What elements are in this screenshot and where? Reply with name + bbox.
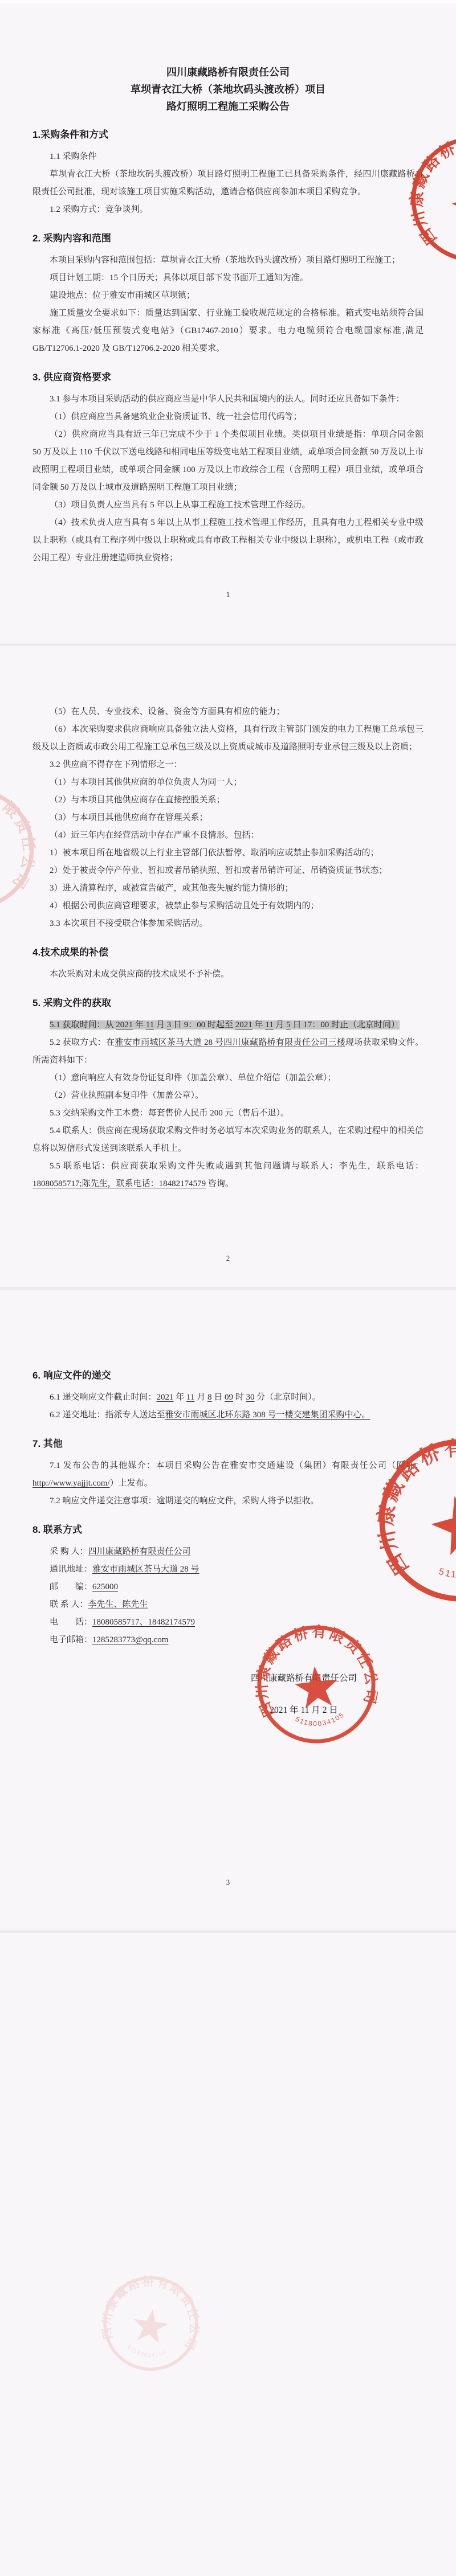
text-run: 3）进入清算程序，或被宣告破产，或其他丧失履约能力情形的； — [50, 884, 294, 893]
paragraph: 2）处于被责令停产停业、暂扣或者吊销执照、暂扣或者吊销许可证、吊销资质证书状态； — [32, 862, 424, 880]
page-2: （5）在人员、专业技术、设备、资金等方面具有相应的能力；（6）本次采购要求供应商… — [0, 646, 456, 1287]
paragraph: 3.1 参与本项目采购活动的供应商应当是中华人民共和国境内的法人。同时还应具备如… — [32, 391, 424, 408]
text-run: （2）供应商应当具有近三年已完成不少于 1 个类似项目业绩。类似项目业绩是指：单… — [32, 430, 424, 492]
text-run: 2021 — [116, 1020, 133, 1029]
text-run: 09 — [225, 1393, 233, 1402]
text-run: 11 — [186, 1393, 194, 1402]
text-run: 3.1 参与本项目采购活动的供应商应当是中华人民共和国境内的法人。同时还应具备如… — [50, 395, 405, 404]
paragraph: （3）项目负责人应当具有 5 年以上从事工程施工技术管理工作经历。 — [32, 497, 424, 514]
text-run: 2）处于被责令停产停业、暂扣或者吊销执照、暂扣或者吊销许可证、吊销资质证书状态； — [50, 866, 388, 875]
paragraph: （2）营业执照副本复印件（加盖公章）。 — [32, 1087, 424, 1105]
paragraph: 1）被本项目所在地省级以上行业主管部门依法暂停、取消响应或禁止参加采购活动的； — [32, 844, 424, 862]
text-run: 电子邮箱： — [50, 1635, 92, 1644]
signature-date: 2021 年 11 月 2 日 — [218, 1703, 389, 1716]
text-run: 5.2 获取方式：在 — [50, 1038, 115, 1047]
page-4 — [0, 1933, 456, 2576]
text-run: 6.2 递交地址：指派专人送达至 — [50, 1410, 165, 1420]
text-run: 1.1 采购条件 — [50, 152, 97, 161]
text-run: 4.技术成果的补偿 — [32, 947, 108, 958]
text-run: 3.3 本次项目不接受联合体参加采购活动。 — [50, 919, 208, 928]
text-run: 625000 — [92, 1582, 118, 1591]
text-run: 日 17：00 时止（北京时间） — [291, 1020, 400, 1029]
paragraph: （5）在人员、专业技术、设备、资金等方面具有相应的能力； — [32, 703, 424, 721]
text-run: 6. 响应文件的递交 — [32, 1370, 111, 1381]
text-run: 时 — [233, 1393, 246, 1402]
paragraph: 本次采购对未成交供应商的技术成果不予补偿。 — [32, 966, 424, 983]
text-run: 5. 采购文件的获取 — [32, 998, 111, 1008]
text-run: 5.1 获取时间：从 — [50, 1020, 116, 1029]
doc-title-line: 四川康藏路桥有限责任公司 — [32, 64, 424, 81]
paragraph: 4）根据公司供应商管理要求，被禁止参与采购活动且处于有效期内的； — [32, 897, 424, 915]
text-run: 邮 编： — [50, 1582, 92, 1591]
text-run: 日 9：00 时起至 — [171, 1020, 235, 1029]
paragraph: 7.1 发布公告的其他媒介：本项目采购公告在雅安市交通建设（集团）有限责任公司（… — [32, 1457, 424, 1492]
text-run: 7.1 发布公告的其他媒介：本项目采购公告在雅安市交通建设（集团）有限责任公司（… — [50, 1461, 424, 1470]
paragraph: 6.2 递交地址：指派专人送达至雅安市雨城区北环东路 308 号一楼交建集团采购… — [32, 1406, 424, 1424]
text-run: （1）意向响应人有效身份证复印件（加盖公章）、单位介绍信（加盖公章）； — [50, 1073, 336, 1082]
text-run: （2）营业执照副本复印件（加盖公章）。 — [50, 1091, 203, 1100]
document-scan: 四川康藏路桥有限责任公司草坝青衣江大桥（茶地坎码头渡改桥）项目路灯照明工程施工采… — [0, 0, 456, 2576]
company-seal-stamp-bleed — [95, 2267, 207, 2380]
text-run: 雅安市雨城区北环东路 308 号一楼交建集团采购中心。 — [165, 1410, 370, 1420]
text-run: （3）项目负责人应当具有 5 年以上从事工程施工技术管理工作经历。 — [50, 501, 311, 510]
text-run: 18080585717、18482174579 — [92, 1618, 195, 1627]
section-heading: 5. 采购文件的获取 — [32, 995, 424, 1012]
text-run: 11 — [146, 1020, 154, 1029]
text-run: 四川康藏路桥有限责任公司 — [88, 1547, 191, 1556]
text-run: 8 — [207, 1393, 212, 1402]
text-run: 建设地点：位于雅安市雨城区草坝镇； — [50, 291, 195, 300]
text-run: （4）近三年内在经营活动中存在严重不良情形。包括： — [50, 831, 259, 840]
paragraph: （3）与本项目其他供应商存在管理关系； — [32, 809, 424, 827]
page-1: 四川康藏路桥有限责任公司草坝青衣江大桥（茶地坎码头渡改桥）项目路灯照明工程施工采… — [0, 0, 456, 643]
text-run: 路灯照明工程施工采购公告 — [166, 101, 290, 112]
text-run: 1.采购条件和方式 — [32, 129, 108, 140]
paragraph: 通讯地址：雅安市雨城区茶马大道 28 号 — [32, 1561, 424, 1578]
paragraph: 1.1 采购条件 — [32, 148, 424, 166]
doc-title-line: 路灯照明工程施工采购公告 — [32, 98, 424, 115]
text-run: 分（北京时间）。 — [255, 1393, 321, 1402]
paragraph: 6.1 递交响应文件截止时间：2021 年 11 月 8 日 09 时 30 分… — [32, 1389, 424, 1406]
text-run: （4）技术负责人应当具有 5 年以上从事工程施工技术管理工作经历，且具有电力工程… — [32, 518, 424, 563]
page-3-content: 6. 响应文件的递交6.1 递交响应文件截止时间：2021 年 11 月 8 日… — [0, 1290, 456, 1649]
text-run: 日 — [212, 1393, 225, 1402]
text-run: 1.2 采购方式：竞争谈判。 — [50, 205, 148, 214]
page-number: 2 — [0, 1254, 456, 1263]
text-run: 年 — [133, 1020, 146, 1029]
text-run: 6.1 递交响应文件截止时间： — [50, 1393, 157, 1402]
text-run: 11 — [265, 1020, 273, 1029]
section-heading: 3. 供应商资格要求 — [32, 369, 424, 386]
paragraph: 邮 编：625000 — [32, 1578, 424, 1596]
paragraph: 5.3 交纳采购文件工本费：每套售价人民币 200 元（售后不退）。 — [32, 1105, 424, 1122]
text-run: 5 — [286, 1020, 291, 1029]
text-run: 2. 采购内容和范围 — [32, 233, 111, 244]
text-run: ）上发布。 — [110, 1479, 153, 1488]
paragraph: 3.3 本次项目不接受联合体参加采购活动。 — [32, 915, 424, 933]
text-run: 4）根据公司供应商管理要求，被禁止参与采购活动且处于有效期内的； — [50, 901, 319, 910]
paragraph: （1）供应商应当具备建筑业企业资质证书、统一社会信用代码等； — [32, 408, 424, 426]
text-run: 联 系 人： — [50, 1600, 88, 1609]
paragraph: 本项目采购内容和范围包括：草坝青衣江大桥（茶地坎码头渡改桥）项目路灯照明工程施工… — [32, 252, 424, 269]
section-heading: 7. 其他 — [32, 1435, 424, 1453]
text-run: 本次采购对未成交供应商的技术成果不予补偿。 — [50, 970, 229, 979]
text-run: 30 — [246, 1393, 255, 1402]
section-heading: 6. 响应文件的递交 — [32, 1367, 424, 1384]
text-run: （5）在人员、专业技术、设备、资金等方面具有相应的能力； — [50, 707, 285, 716]
text-run: 月 — [194, 1393, 207, 1402]
text-run: 咨询。 — [206, 1179, 234, 1188]
page-1-content: 四川康藏路桥有限责任公司草坝青衣江大桥（茶地坎码头渡改桥）项目路灯照明工程施工采… — [0, 0, 456, 567]
text-run: 通讯地址： — [50, 1565, 92, 1574]
paragraph: 5.5 联系电话：供应商获取采购文件失败或遇到其他问题请与联系人：李先生，联系电… — [32, 1158, 424, 1193]
text-run: 年 — [253, 1020, 266, 1029]
text-run: （2）与本项目其他供应商存在直接控股关系； — [50, 795, 225, 805]
text-run: 8. 联系方式 — [32, 1524, 82, 1535]
section-heading: 8. 联系方式 — [32, 1521, 424, 1539]
text-run: 1）被本项目所在地省级以上行业主管部门依法暂停、取消响应或禁止参加采购活动的； — [50, 848, 379, 858]
text-run: 草坝青衣江大桥（茶地坎码头渡改桥）项目 — [131, 84, 325, 95]
text-run: 月 — [274, 1020, 287, 1029]
page-number: 3 — [0, 1878, 456, 1887]
text-run: 5.3 交纳采购文件工本费：每套售价人民币 200 元（售后不退）。 — [50, 1109, 289, 1118]
paragraph: 5.1 获取时间：从 2021 年 11 月 3 日 9：00 时起至 2021… — [32, 1016, 424, 1034]
section-heading: 4.技术成果的补偿 — [32, 944, 424, 961]
paragraph: 项目计划工期：15 个日历天；具体以项目部下发书面开工通知为准。 — [32, 269, 424, 287]
text-run: 月 — [154, 1020, 167, 1029]
paragraph: 7.2 响应文件递交注意事项：逾期递交的响应文件，采购人将予以拒收。 — [32, 1492, 424, 1510]
text-run: 18080585717;陈先生，联系电话：18482174579 — [32, 1179, 206, 1188]
text-run: 7.2 响应文件递交注意事项：逾期递交的响应文件，采购人将予以拒收。 — [50, 1496, 319, 1506]
paragraph: 5.4 联系人：供应商在现场获取采购文件时务必填写本次采购业务的联系人，在采购过… — [32, 1122, 424, 1158]
text-run: 李先生、陈先生 — [88, 1600, 148, 1609]
text-run: （6）本次采购要求供应商响应具备独立法人资格，具有行政主管部门颁发的电力工程施工… — [32, 725, 424, 752]
text-run: 项目计划工期：15 个日历天；具体以项目部下发书面开工通知为准。 — [50, 273, 308, 282]
paragraph: 3）进入清算程序，或被宣告破产，或其他丧失履约能力情形的； — [32, 880, 424, 897]
paragraph: 3.2 供应商不得存在下列情形之一： — [32, 756, 424, 774]
text-run: 年 — [174, 1393, 187, 1402]
text-run: 3. 供应商资格要求 — [32, 372, 111, 383]
paragraph: 联 系 人：李先生、陈先生 — [32, 1596, 424, 1614]
text-run: 1285283773@qq.com — [92, 1635, 168, 1644]
text-run: （3）与本项目其他供应商存在管理关系； — [50, 813, 208, 822]
page-number: 1 — [0, 590, 456, 599]
text-run: 雅安市雨城区茶马大道 28 号 — [92, 1565, 199, 1574]
text-run: 5.5 联系电话：供应商获取采购文件失败或遇到其他问题请与联系人：李先生，联系电… — [50, 1162, 424, 1171]
signature-block: 四川康藏路桥有限责任公司 2021 年 11 月 2 日 — [218, 1671, 389, 1716]
paragraph: 5.2 获取方式：在雅安市雨城区茶马大道 28 号四川康藏路桥有限责任公司三楼现… — [32, 1034, 424, 1069]
paragraph: （6）本次采购要求供应商响应具备独立法人资格，具有行政主管部门颁发的电力工程施工… — [32, 721, 424, 756]
text-run: 本项目采购内容和范围包括：草坝青衣江大桥（茶地坎码头渡改桥）项目路灯照明工程施工… — [50, 256, 400, 265]
text-run: （1）供应商应当具备建筑业企业资质证书、统一社会信用代码等； — [50, 412, 302, 421]
text-run: 3.2 供应商不得存在下列情形之一： — [50, 760, 182, 769]
section-heading: 2. 采购内容和范围 — [32, 230, 424, 247]
paragraph: （4）技术负责人应当具有 5 年以上从事工程施工技术管理工作经历，且具有电力工程… — [32, 514, 424, 567]
text-run: 施工质量安全要求如下：质量达到国家、行业施工验收规范规定的合格标准。箱式变电站须… — [32, 309, 424, 353]
text-run: 草坝青衣江大桥（茶地坎码头渡改桥）项目路灯照明工程施工已具备采购条件，经四川康藏… — [32, 170, 424, 196]
paragraph: （1）意向响应人有效身份证复印件（加盖公章）、单位介绍信（加盖公章）； — [32, 1069, 424, 1087]
section-heading: 1.采购条件和方式 — [32, 126, 424, 143]
text-run: 2021 — [235, 1020, 253, 1029]
paragraph: （2）与本项目其他供应商存在直接控股关系； — [32, 791, 424, 809]
paragraph: （1）与本项目其他供应商的单位负责人为同一人； — [32, 774, 424, 791]
text-run: 5.4 联系人：供应商在现场获取采购文件时务必填写本次采购业务的联系人，在采购过… — [32, 1126, 424, 1153]
doc-title-line: 草坝青衣江大桥（茶地坎码头渡改桥）项目 — [32, 81, 424, 98]
page-3: 6. 响应文件的递交6.1 递交响应文件截止时间：2021 年 11 月 8 日… — [0, 1290, 456, 1930]
paragraph: 电子邮箱：1285283773@qq.com — [32, 1631, 424, 1649]
paragraph: 采 购 人：四川康藏路桥有限责任公司 — [32, 1543, 424, 1561]
paragraph: 施工质量安全要求如下：质量达到国家、行业施工验收规范规定的合格标准。箱式变电站须… — [32, 305, 424, 358]
page-2-content: （5）在人员、专业技术、设备、资金等方面具有相应的能力；（6）本次采购要求供应商… — [0, 646, 456, 1193]
text-run: 7. 其他 — [32, 1438, 63, 1449]
paragraph: 建设地点：位于雅安市雨城区草坝镇； — [32, 287, 424, 305]
text-run: http://www.yajjjt.com/ — [32, 1479, 110, 1488]
signature-company: 四川康藏路桥有限责任公司 — [218, 1671, 389, 1684]
paragraph: 电 话：18080585717、18482174579 — [32, 1614, 424, 1631]
text-run: 四川康藏路桥有限责任公司 — [166, 67, 290, 78]
paragraph: 1.2 采购方式：竞争谈判。 — [32, 201, 424, 219]
paragraph: 草坝青衣江大桥（茶地坎码头渡改桥）项目路灯照明工程施工已具备采购条件，经四川康藏… — [32, 166, 424, 201]
text-run: （1）与本项目其他供应商的单位负责人为同一人； — [50, 778, 242, 787]
text-run: 2021 — [157, 1393, 174, 1402]
paragraph: （2）供应商应当具有近三年已完成不少于 1 个类似项目业绩。类似项目业绩是指：单… — [32, 426, 424, 497]
paragraph: （4）近三年内在经营活动中存在严重不良情形。包括： — [32, 827, 424, 844]
text-run: 雅安市雨城区茶马大道 28 号四川康藏路桥有限责任公司三楼 — [115, 1038, 345, 1047]
text-run: 电 话： — [50, 1618, 92, 1627]
text-run: 采 购 人： — [50, 1547, 88, 1556]
